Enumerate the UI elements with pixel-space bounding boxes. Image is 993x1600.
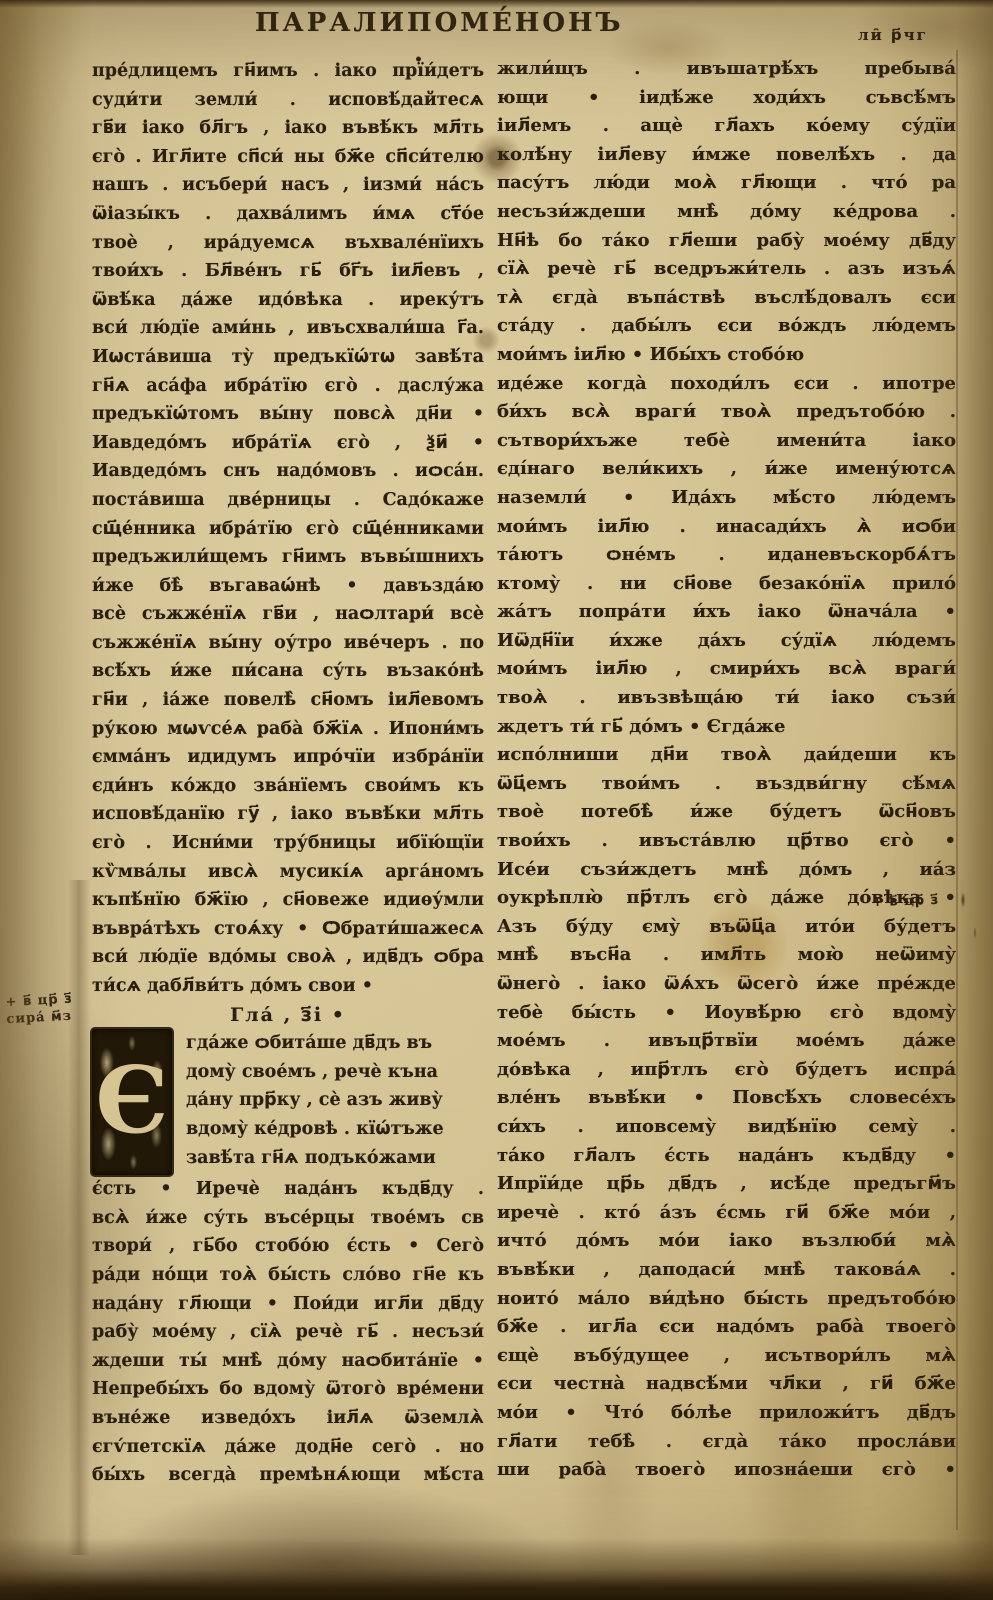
text-line: въвра́тѣхъ стоѧ́ху • Ѻбрати́шажесѧ xyxy=(92,915,484,944)
text-line: вдому̀ ке́дровѣ . кїѡ́тъже xyxy=(186,1115,484,1144)
chapter-opening-row: Є гда́же ѻбита́ше дв҃дъ въдому̀ свое́мъ … xyxy=(92,1029,484,1175)
text-line: та́ютъ ѻне́мъ . иданевъскорбѧ́тъ xyxy=(497,541,956,570)
text-line: Иѡста́виша ту̀ предъкїѡ́тѡ завѣ́та xyxy=(92,343,484,372)
text-line: ктому̀ . ни сн҃ове безако́нїѧ прило́ xyxy=(497,570,956,599)
text-line: ти́сѧ дабл҃ви́тъ до́мъ свои • xyxy=(92,972,484,1001)
text-line: тебѐ бы́сть • Иоувѣ́рю єго̀ вдому̀ xyxy=(497,999,956,1028)
text-line: иде́же когда̀ походи́лъ єси . ипотре xyxy=(497,370,956,399)
text-line: съжже́нїѧ вы́ну оу́тро иве́черъ . по xyxy=(92,629,484,658)
text-line: Нн҃ѣ бо та́ко гл҃еши рабу̀ мое́му дв҃ду xyxy=(497,227,956,256)
chapter-heading: Гла́ , з҃і • xyxy=(92,1001,484,1030)
text-line: ѿнего̀ . іако ѿѧ́хъ ѿсего̀ и́же пре́жде xyxy=(497,970,956,999)
text-line: та́ко гл҃алъ є́сть нада́нъ къдв҃ду • xyxy=(497,1142,956,1171)
text-line: твоѐ потебѣ̀ и́же бу́детъ ѿсн҃овъ xyxy=(497,798,956,827)
text-line: завѣ́та гн҃ѧ подъко́жами xyxy=(186,1144,484,1173)
page-edge-left xyxy=(0,0,92,1600)
text-line: гн҃ѧ аса́фа ибра́тїю єго̀ . даслу́жа xyxy=(92,372,484,401)
text-line: предъкїѡ́томъ вы́ну повсѧ̀ дн҃и • xyxy=(92,400,484,429)
left-column: пре́длицемъ гн҃имъ . іако прїи́детъсуди́… xyxy=(92,57,484,1490)
text-line: предъжили́щемъ гн҃имъ въвы́шнихъ xyxy=(92,543,484,572)
text-line: ичто́ до́мъ мо́и іако възлюби́ мѧ̀ xyxy=(497,1227,956,1256)
text-line: єго̀ . Игл҃ите сп҃си́ ны бж҃е сп҃си́телю xyxy=(92,143,484,172)
text-line: Азъ бу́ду єму̀ въѿц҃а ито́и бу́детъ xyxy=(497,913,956,942)
text-line: поста́виша две́рницы . Садо́каже xyxy=(92,486,484,515)
text-line: Непребы́хъ бо вдому̀ ѿтого̀ вре́мени xyxy=(92,1375,484,1404)
text-line: къпѣ́нїю бж҃їю , сн҃овеже идиѳу́мли xyxy=(92,886,484,915)
text-line: єди́нъ ко́ждо зва́нїемъ свои́мъ къ xyxy=(92,772,484,801)
text-line: єго̀ . Исни́ми тру́бницы ибїю́щїи xyxy=(92,829,484,858)
text-line: колѣ́ну іил҃еву и́мже повелѣ́хъ . да xyxy=(497,141,956,170)
text-line: ру́кою мѡѵсе́ѧ раба̀ бж҃їѧ . Ипони́мъ xyxy=(92,715,484,744)
text-line: вле́нъ въвѣ́ки • Повсѣ́хъ словесе́хъ xyxy=(497,1084,956,1113)
text-line: ємма́нъ идидумъ ипро́чїи избра́нїи xyxy=(92,743,484,772)
text-line: ѿц҃емъ твои́мъ . въздви́гну сѣ́мѧ xyxy=(497,770,956,799)
text-line: въвѣ́ки , даподаси́ мнѣ̀ такова́ѧ . xyxy=(497,1256,956,1285)
text-line: твори́ , гь҃бо стобо́ю є́сть • Сего̀ xyxy=(92,1232,484,1261)
text-line: рабу̀ мое́му , сїѧ̀ речѐ гь҃ . несъзи́ xyxy=(92,1318,484,1347)
text-line: сътвори́хъже тебѐ имени́та іако xyxy=(497,427,956,456)
text-line: єщѐ въбу́дущее , исътвори́лъ мѧ̀ xyxy=(497,1342,956,1371)
text-line: ра́ди но́щи тоѧ̀ бы́сть сло́во гн҃е къ xyxy=(92,1261,484,1290)
text-line: до́вѣка , ипр҃тлъ єго̀ бу́детъ испра́ xyxy=(497,1056,956,1085)
text-line: суди́ти земли́ . исповѣ́дайтесѧ xyxy=(92,86,484,115)
text-line: нашъ . исъбери́ насъ , іизми́ на́съ xyxy=(92,171,484,200)
text-line: єси честна̀ надвсѣ́ми чл҃ки , ги҃ бж҃е xyxy=(497,1370,956,1399)
book-page-scan: ПАРАЛИПОМЕ́НОНЪ . ли̑ р҃чг + в҃ цр҃ з҃ с… xyxy=(0,0,993,1600)
text-line: жа́тъ попра́ти и́хъ іако ѿнача́ла • xyxy=(497,598,956,627)
text-line: єді́наго вели́кихъ , и́же имену́ютсѧ xyxy=(497,455,956,484)
text-line: исповѣ́данїю гу҃ , іако въвѣ́ки мл҃ть xyxy=(92,800,484,829)
text-line: мое́мъ . ивъцр҃твїи мое́мъ да́же xyxy=(497,1027,956,1056)
text-line: би́хъ всѧ̀ враги́ твоѧ̀ предътобо́ю . xyxy=(497,398,956,427)
text-line: Иѿдн҃їи и́хже да́хъ су́дїѧ лю́демъ xyxy=(497,627,956,656)
page-edge-right xyxy=(955,0,993,1600)
drop-cap-woodcut: Є xyxy=(92,1029,172,1175)
text-line: оукрѣплю̀ пр҃тлъ єго̀ да́же до́вѣка • xyxy=(497,884,956,913)
folio-number: ли̑ р҃чг xyxy=(858,26,928,44)
drop-cap-letter: Є xyxy=(95,1054,168,1146)
text-line: нада́ну гл҃ющи • Пои́ди игл҃и дв҃ду xyxy=(92,1290,484,1319)
text-line: мои́мъ іил҃ю • Ибы́хъ стобо́ю xyxy=(497,341,956,370)
text-line: іил҃емъ . ащѐ гл҃ахъ ко́ему су́дїи xyxy=(497,112,956,141)
text-line: гда́же ѻбита́ше дв҃дъ въ xyxy=(186,1029,484,1058)
text-line: Иавдедо́мъ снъ надо́мовъ . иѻса́н. xyxy=(92,457,484,486)
text-line: бы́хъ всегда̀ премѣнѧ́ющи мѣ́ста xyxy=(92,1461,484,1490)
text-line: сїѧ̀ речѐ гь҃ вседръжи́тель . азъ изъѧ́ xyxy=(497,255,956,284)
text-line: ждетъ ти́ гь҃ до́мъ • Єгда́же xyxy=(497,713,956,742)
text-line: вси́ лю́дїе вдо́мы своѧ̀ , идв҃дъ ѻбра xyxy=(92,943,484,972)
text-line: дому̀ свое́мъ , речѐ къна xyxy=(186,1058,484,1087)
text-line: пасу́тъ лю́ди моѧ̀ гл҃ющи . что́ ра xyxy=(497,169,956,198)
text-line: кѷмва́лы ивсѧ̀ мусикі́ѧ арга́номъ xyxy=(92,858,484,887)
text-line: тѧ̀ єгда̀ въпа́ствѣ въслѣ́довалъ єси xyxy=(497,284,956,313)
text-line: пре́длицемъ гн҃имъ . іако прїи́детъ xyxy=(92,57,484,86)
text-line: твоѧ̀ . ивъзвѣща́ю ти́ іако съзи́ xyxy=(497,684,956,713)
text-line: испо́лниши дн҃и твоѧ̀ даи́деши къ xyxy=(497,741,956,770)
scan-bottom-shadow xyxy=(0,1538,993,1600)
text-line: є́сть • Иречѐ нада́нъ къдв҃ду . xyxy=(92,1175,484,1204)
right-column-text: жили́щъ . ивъшатрѣ́хъ пребыва́ющи • іидѣ… xyxy=(497,55,956,1485)
text-line: всѧ̀ и́же су́ть въсе́рцы твое́мъ св xyxy=(92,1204,484,1233)
text-line: бж҃е . игл҃а єси надо́мъ раба̀ твоего̀ xyxy=(497,1313,956,1342)
text-line: мои́мъ іил҃ю . инасади́хъ ѧ̀ иѻби xyxy=(497,513,956,542)
text-line: всѣ́хъ и́же пи́сана су́ть възако́нѣ xyxy=(92,657,484,686)
text-line: ѿвѣ́ка да́же идо́вѣка . иреку́тъ xyxy=(92,286,484,315)
left-column-text-top: пре́длицемъ гн҃имъ . іако прїи́детъсуди́… xyxy=(92,57,484,1001)
text-line: мо́и • Что́ бо́лѣе приложи́тъ дв҃дъ xyxy=(497,1399,956,1428)
text-line: Исе́и съзи́ждетъ мнѣ̀ до́мъ , иа́з xyxy=(497,856,956,885)
text-line: гл҃ати тебѣ̀ . єгда̀ та́ко просла́ви xyxy=(497,1428,956,1457)
text-line: ѿіазы́къ . дахва́лимъ и́мѧ ст҃о́е xyxy=(92,200,484,229)
left-column-text-beside-cap: гда́же ѻбита́ше дв҃дъ въдому̀ свое́мъ , … xyxy=(172,1029,484,1175)
text-line: Ипрїи́де цр҃ь дв҃дъ , исѣ́де предъгм҃ъ xyxy=(497,1170,956,1199)
text-line: и́же бѣ̀ въгаваѡ́нѣ • давъзда́ю xyxy=(92,572,484,601)
left-column-text-bottom: є́сть • Иречѐ нада́нъ къдв҃ду .всѧ̀ и́же… xyxy=(92,1175,484,1490)
text-line: ющи • іидѣ́же ходи́хъ съвсѣ́мъ xyxy=(497,84,956,113)
text-line: єгѵ́петскїѧ да́же додн҃е сего̀ . но xyxy=(92,1433,484,1462)
text-line: несъзи́ждеши мнѣ̀ до́му ке́дрова . xyxy=(497,198,956,227)
text-line: вси́ лю́дїе ами́нь , ивъсхвали́ша г҃а. xyxy=(92,314,484,343)
text-line: ноито́ ма́ло ви́дѣно бы́сть предътобо́ю xyxy=(497,1285,956,1314)
text-line: твои́хъ . Бл҃ве́нъ гь҃ бг҃ъ іил҃евъ , xyxy=(92,257,484,286)
text-line: си́хъ . иповсему̀ видѣ́нїю сему̀ . xyxy=(497,1113,956,1142)
page-edge-top xyxy=(0,0,993,8)
text-line: твои́хъ . ивъста́влю цр҃тво єго̀ • xyxy=(497,827,956,856)
text-line: въне́же изведо́хъ іил҃ѧ ѿземлѧ̀ xyxy=(92,1404,484,1433)
text-line: Иавдедо́мъ ибра́тїѧ єго̀ , ѯи҃ • xyxy=(92,429,484,458)
text-line: гн҃и , іа́же повелѣ̀ сн҃омъ іил҃евомъ xyxy=(92,686,484,715)
text-line: мнѣ̀ въсн҃а . имл҃ть мою̀ неѿиму̀ xyxy=(497,941,956,970)
text-line: твоѐ , ира́дуемсѧ въхвале́нїихъ xyxy=(92,229,484,258)
text-line: ши раба̀ твоего̀ ипозна́еши єго̀ • xyxy=(497,1456,956,1485)
text-line: жили́щъ . ивъшатрѣ́хъ пребыва́ xyxy=(497,55,956,84)
text-line: иречѐ . кто́ а́зъ є́смь ги҃ бж҃е мо́и , xyxy=(497,1199,956,1228)
text-line: сщ҃е́нника ибра́тїю єго̀ сщ҃е́нниками xyxy=(92,515,484,544)
text-line: всѐ съжже́нїѧ гв҃и , наѻлтари́ всѐ xyxy=(92,600,484,629)
text-line: да́ну прр҃ку , сѐ азъ живу̀ xyxy=(186,1086,484,1115)
right-column: жили́щъ . ивъшатрѣ́хъ пребыва́ющи • іидѣ… xyxy=(497,55,956,1485)
text-line: наземли́ • Ида́хъ мѣ́сто лю́демъ xyxy=(497,484,956,513)
text-line: мои́мъ іил҃ю , смири́хъ всѧ̀ враги́ xyxy=(497,655,956,684)
text-line: ста́ду . дабы́лъ єси во́ждъ лю́демъ xyxy=(497,312,956,341)
text-line: ждеши ты́ мнѣ̀ до́му наѻбита́нїе • xyxy=(92,1347,484,1376)
text-line: гв҃и іако бл҃гъ , іако въвѣ́къ мл҃ть xyxy=(92,114,484,143)
